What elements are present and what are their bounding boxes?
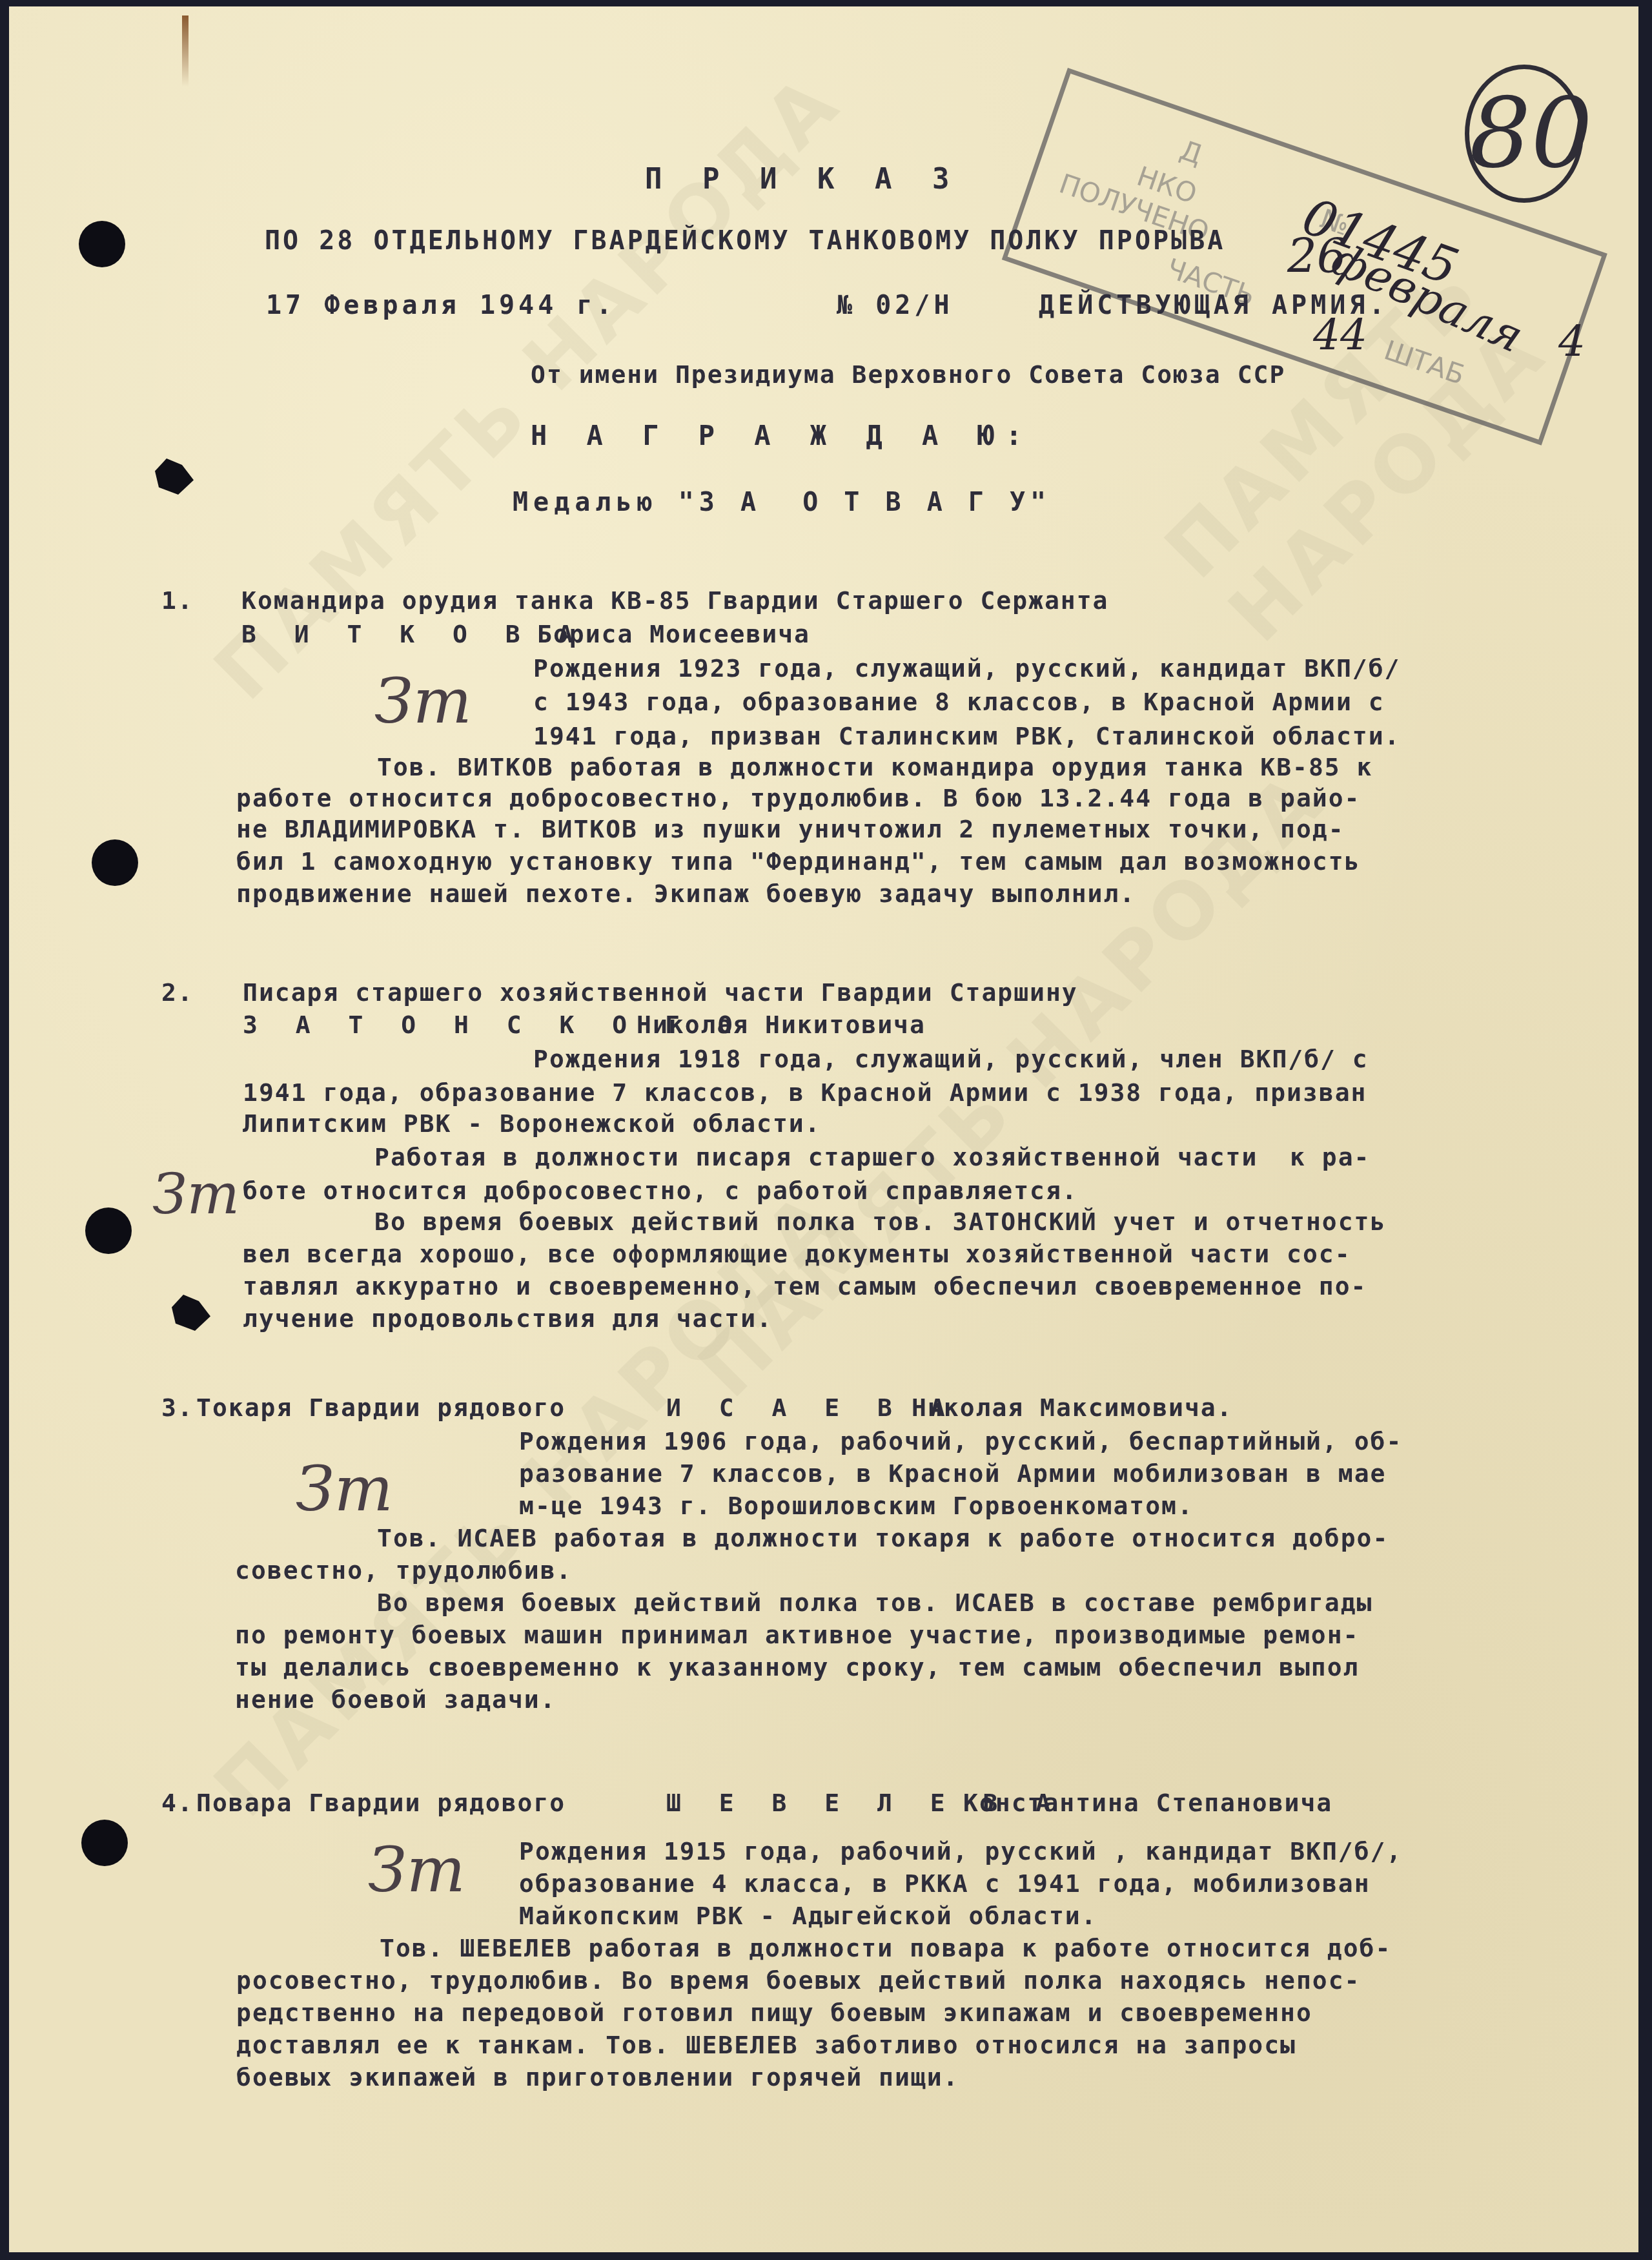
punch-hole: [92, 839, 138, 886]
narrative-line: боевых экипажей в приготовлении горячей …: [236, 2063, 959, 2091]
narrative-line: не ВЛАДИМИРОВКА т. ВИТКОВ из пушки уничт…: [236, 815, 1345, 843]
narrative-line: Во время боевых действий полка тов. ЗАТО…: [374, 1207, 1386, 1236]
order-number: № 02/Н: [837, 291, 953, 320]
award-action: Н А Г Р А Ж Д А Ю:: [531, 420, 1034, 451]
narrative-line: Тов. ШЕВЕЛЕВ работая в должности повара …: [380, 1934, 1391, 1962]
bio-line: Рождения 1923 года, служащий, русский, к…: [533, 654, 1400, 683]
bio-line: образование 4 класса, в РККА с 1941 года…: [519, 1869, 1371, 1898]
bio-line: Рождения 1915 года, рабочий, русский , к…: [519, 1837, 1402, 1865]
order-location: ДЕЙСТВУЮЩАЯ АРМИЯ.: [1039, 291, 1388, 320]
entry-position: Командира орудия танка КВ-85 Гвардии Ста…: [241, 586, 1108, 615]
authority-line: От имени Президиума Верховного Совета Со…: [531, 360, 1285, 389]
entry-given-names: Бориса Моисеевича: [537, 620, 810, 648]
entry-position: Писаря старшего хозяйственной части Гвар…: [243, 978, 1078, 1007]
narrative-line: Работая в должности писаря старшего хозя…: [374, 1143, 1370, 1171]
narrative-line: Во время боевых действий полка тов. ИСАЕ…: [377, 1588, 1372, 1617]
bio-line: м-це 1943 г. Ворошиловским Горвоенкомато…: [519, 1492, 1194, 1520]
torn-hole: [155, 458, 194, 495]
entry-number: 4.: [161, 1789, 194, 1817]
document-title: П Р И К А З: [645, 163, 961, 196]
bio-line: с 1943 года, образование 8 классов, в Кр…: [533, 688, 1385, 716]
page-number: 80: [1465, 65, 1584, 203]
narrative-line: росовестно, трудолюбив. Во время боевых …: [236, 1966, 1360, 1995]
bio-line: Майкопским РВК - Адыгейской области.: [519, 1902, 1097, 1930]
handwritten-sheet: 4: [1558, 316, 1586, 366]
entry-position: Токаря Гвардии рядового: [196, 1393, 566, 1422]
order-date: 17 Февраля 1944 г.: [266, 291, 615, 320]
signature-mark: Зт: [374, 665, 472, 737]
punch-hole: [79, 221, 125, 267]
narrative-line: работе относится добросовестно, трудолюб…: [236, 784, 1360, 812]
torn-hole: [172, 1295, 210, 1331]
signature-mark: Зт: [368, 1834, 465, 1906]
narrative-line: продвижение нашей пехоте. Экипаж боевую …: [236, 879, 1136, 908]
entry-number: 1.: [161, 586, 194, 615]
entry-given-names: Константина Степановича: [963, 1789, 1332, 1817]
bio-line: Рождения 1906 года, рабочий, русский, бе…: [519, 1427, 1402, 1455]
narrative-line: совестно, трудолюбив.: [235, 1556, 572, 1585]
narrative-line: бил 1 самоходную установку типа "Фердина…: [236, 847, 1360, 876]
document-page: ПАМЯТЬ НАРОДА ПАМЯТЬ НАРОДА ПАМЯТЬ НАРОД…: [9, 6, 1638, 2252]
narrative-line: Тов. ВИТКОВ работая в должности командир…: [377, 753, 1372, 781]
bio-line: 1941 года, призван Сталинским РВК, Стали…: [533, 722, 1400, 750]
narrative-line: Тов. ИСАЕВ работая в должности токаря к …: [377, 1524, 1389, 1552]
punch-hole: [81, 1820, 128, 1866]
narrative-line: тавлял аккуратно и своевременно, тем сам…: [243, 1272, 1367, 1300]
bio-line: Липитским РВК - Воронежской области.: [243, 1109, 821, 1138]
narrative-line: вел всегда хорошо, все оформляющие докум…: [243, 1240, 1351, 1268]
entry-position: Повара Гвардии рядового: [196, 1789, 566, 1817]
narrative-line: боте относится добросовестно, с работой …: [243, 1176, 1078, 1205]
entry-given-names: Николая Максимовича.: [912, 1393, 1233, 1422]
narrative-line: лучение продовольствия для части.: [243, 1304, 773, 1333]
entry-number: 3.: [161, 1393, 194, 1422]
award-name: Медалью "З А О Т В А Г У": [513, 488, 1051, 517]
narrative-line: редственно на передовой готовил пищу бое…: [236, 1998, 1312, 2027]
bio-line: Рождения 1918 года, служащий, русский, ч…: [533, 1045, 1369, 1073]
narrative-line: ты делались своевременно к указанному ср…: [235, 1653, 1359, 1681]
signature-mark: Зт: [152, 1162, 240, 1227]
entry-surname: В И Т К О В А: [241, 620, 584, 648]
narrative-line: по ремонту боевых машин принимал активно…: [235, 1621, 1359, 1649]
bio-line: 1941 года, образование 7 классов, в Крас…: [243, 1078, 1367, 1107]
narrative-line: нение боевой задачи.: [235, 1685, 556, 1714]
rust-stain: [182, 15, 189, 87]
signature-mark: Зт: [296, 1453, 393, 1525]
entry-given-names: Николая Никитовича: [637, 1011, 926, 1039]
entry-number: 2.: [161, 978, 194, 1007]
bio-line: разование 7 классов, в Красной Армии моб…: [519, 1459, 1386, 1488]
unit-line: ПО 28 ОТДЕЛЬНОМУ ГВАРДЕЙСКОМУ ТАНКОВОМУ …: [265, 226, 1225, 256]
punch-hole: [85, 1207, 132, 1254]
narrative-line: доставлял ее к танкам. Тов. ШЕВЕЛЕВ забо…: [236, 2031, 1296, 2059]
